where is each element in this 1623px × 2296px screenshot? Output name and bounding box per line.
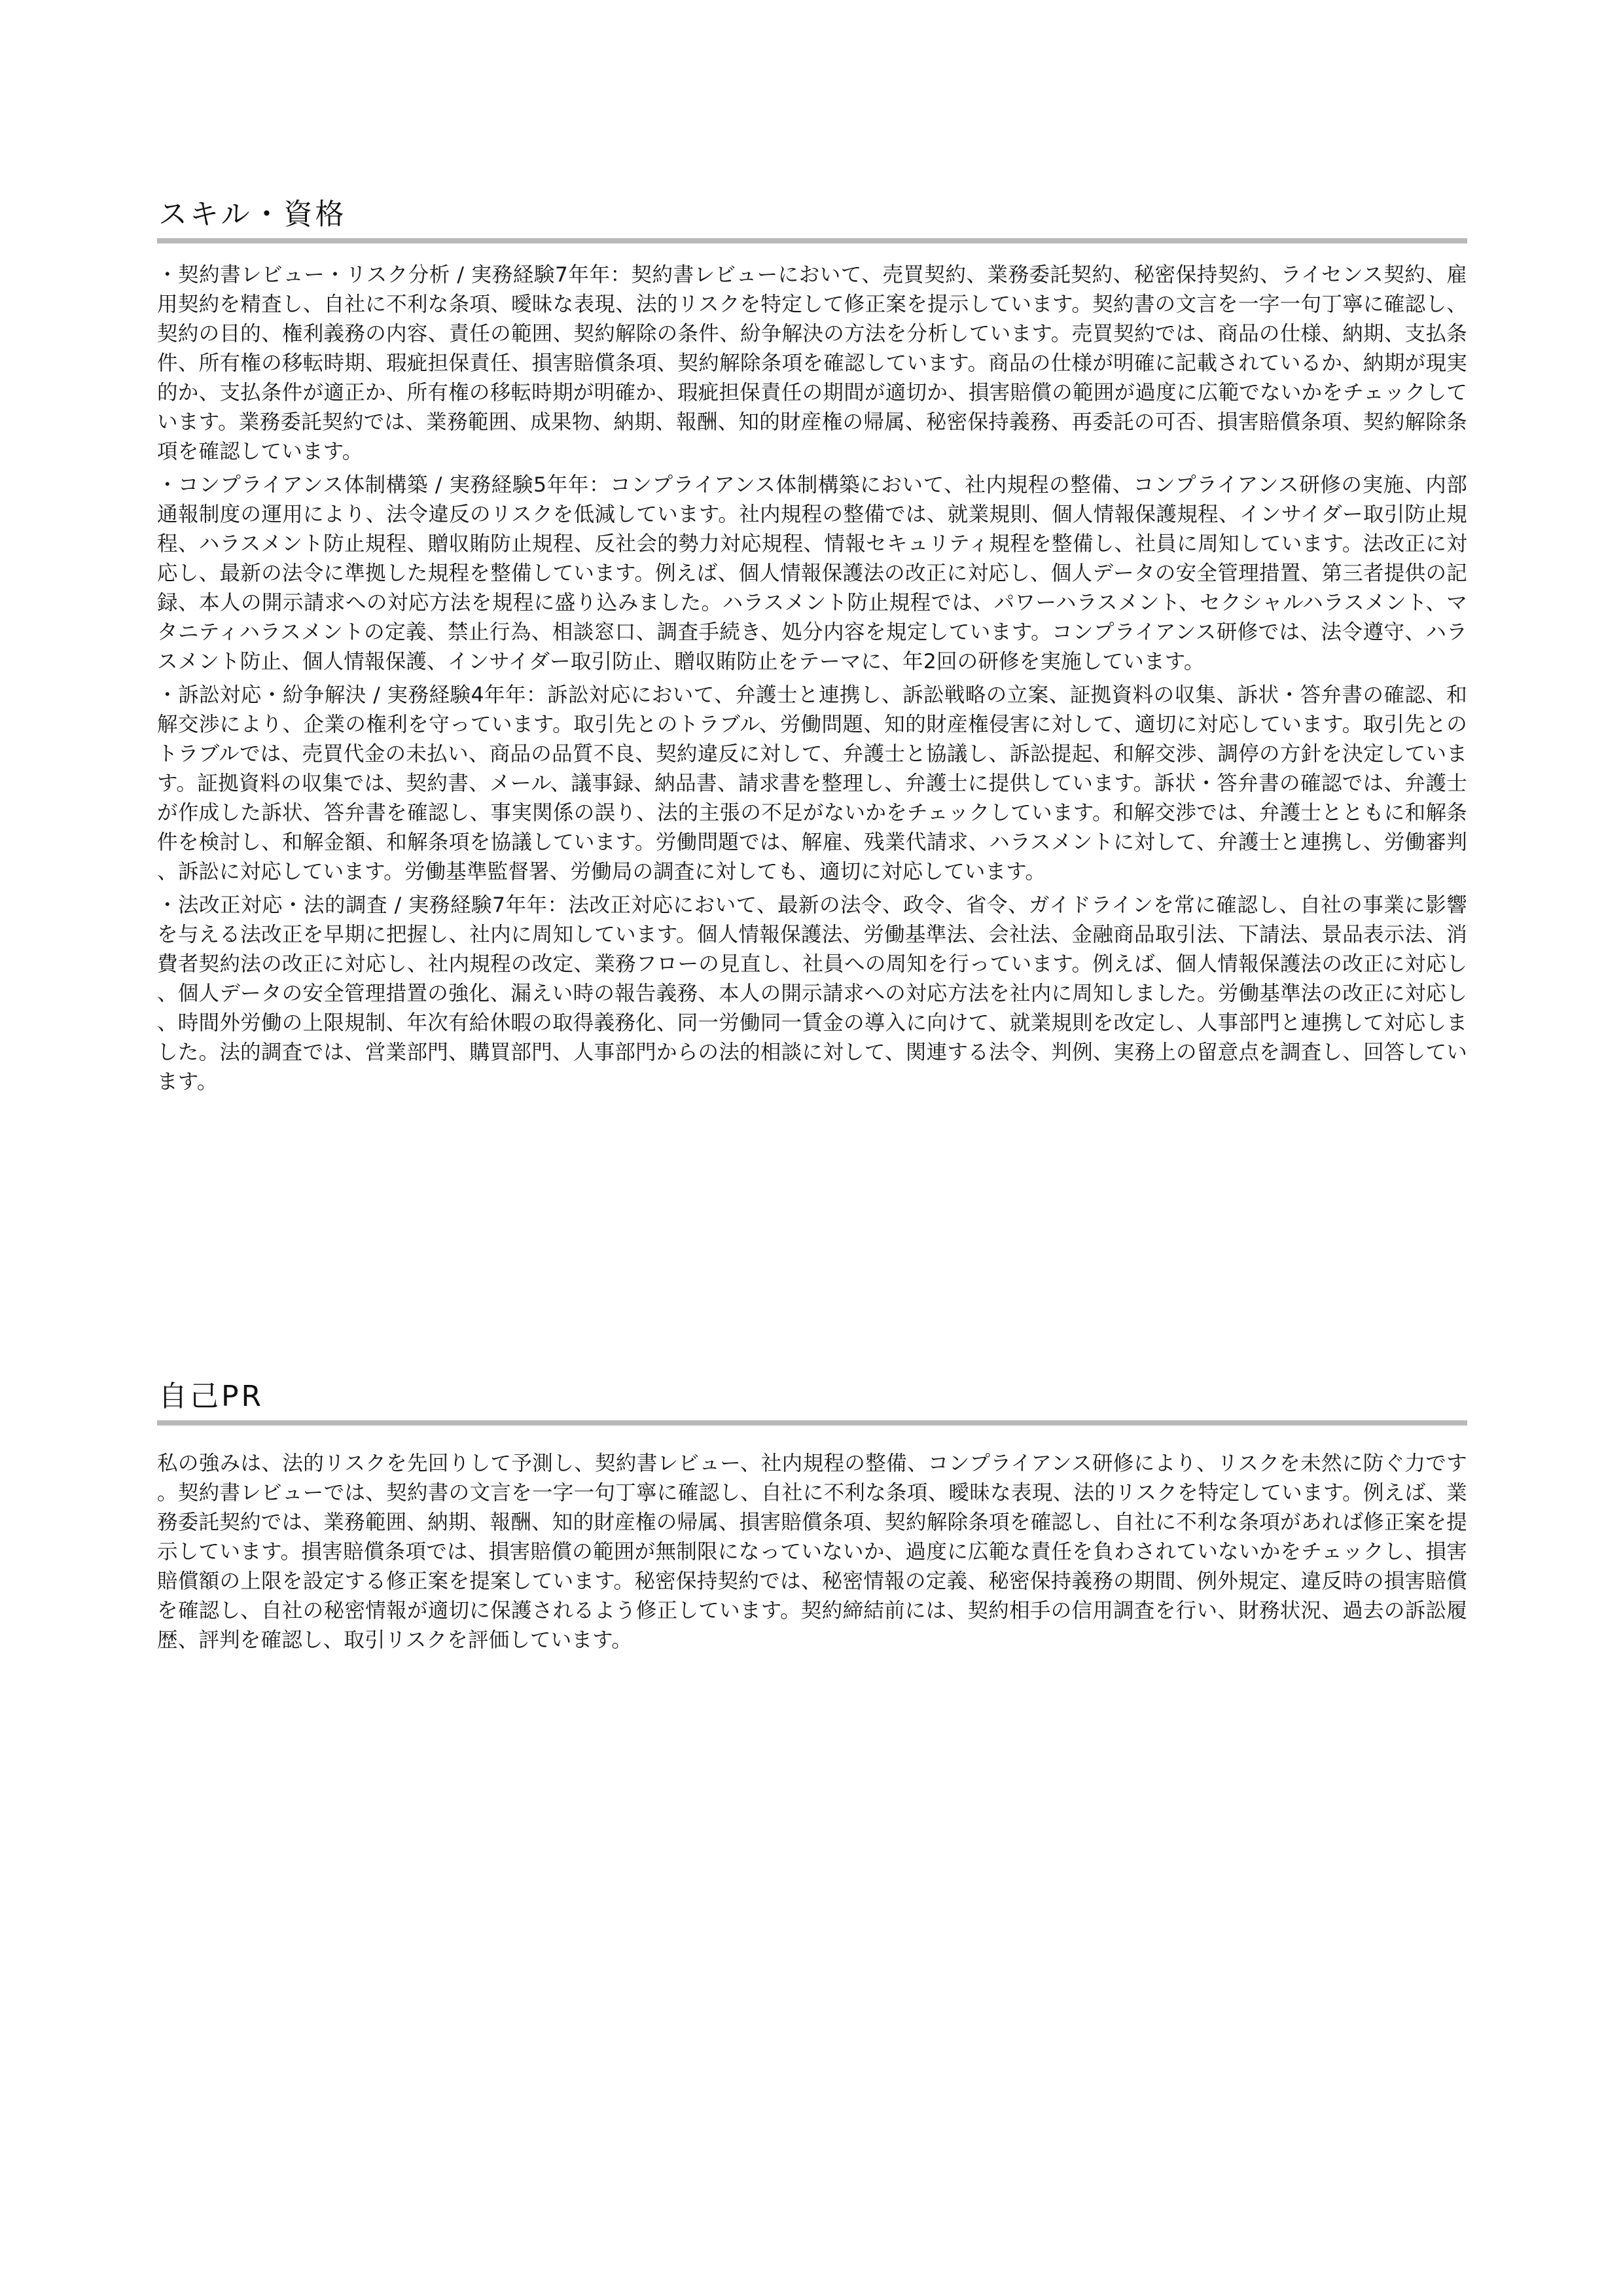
self-pr-body: 私の強みは、法的リスクを先回りして予測し、契約書レビュー、社内規程の整備、コンプ…: [157, 1449, 1467, 1655]
skill-item-compliance: ・コンプライアンス体制構築 / 実務経験5年年：コンプライアンス体制構築において…: [157, 471, 1467, 677]
skills-list: ・契約書レビュー・リスク分析 / 実務経験7年年：契約書レビューにおいて、売買契…: [157, 260, 1467, 1097]
skills-section-title: スキル・資格: [157, 196, 1467, 233]
skill-item-contract-review: ・契約書レビュー・リスク分析 / 実務経験7年年：契約書レビューにおいて、売買契…: [157, 260, 1467, 467]
self-pr-section-divider: [157, 1420, 1467, 1426]
self-pr-section-title: 自己PR: [157, 1378, 1467, 1415]
skills-section-divider: [157, 238, 1467, 243]
skills-section: スキル・資格 ・契約書レビュー・リスク分析 / 実務経験7年年：契約書レビューに…: [157, 196, 1467, 1101]
skill-item-litigation: ・訴訟対応・紛争解決 / 実務経験4年年：訴訟対応において、弁護士と連携し、訴訟…: [157, 681, 1467, 887]
skill-item-law-revision: ・法改正対応・法的調査 / 実務経験7年年：法改正対応において、最新の法令、政令…: [157, 891, 1467, 1097]
self-pr-section: 自己PR 私の強みは、法的リスクを先回りして予測し、契約書レビュー、社内規程の整…: [157, 1378, 1467, 1659]
self-pr-text: 私の強みは、法的リスクを先回りして予測し、契約書レビュー、社内規程の整備、コンプ…: [157, 1449, 1467, 1655]
